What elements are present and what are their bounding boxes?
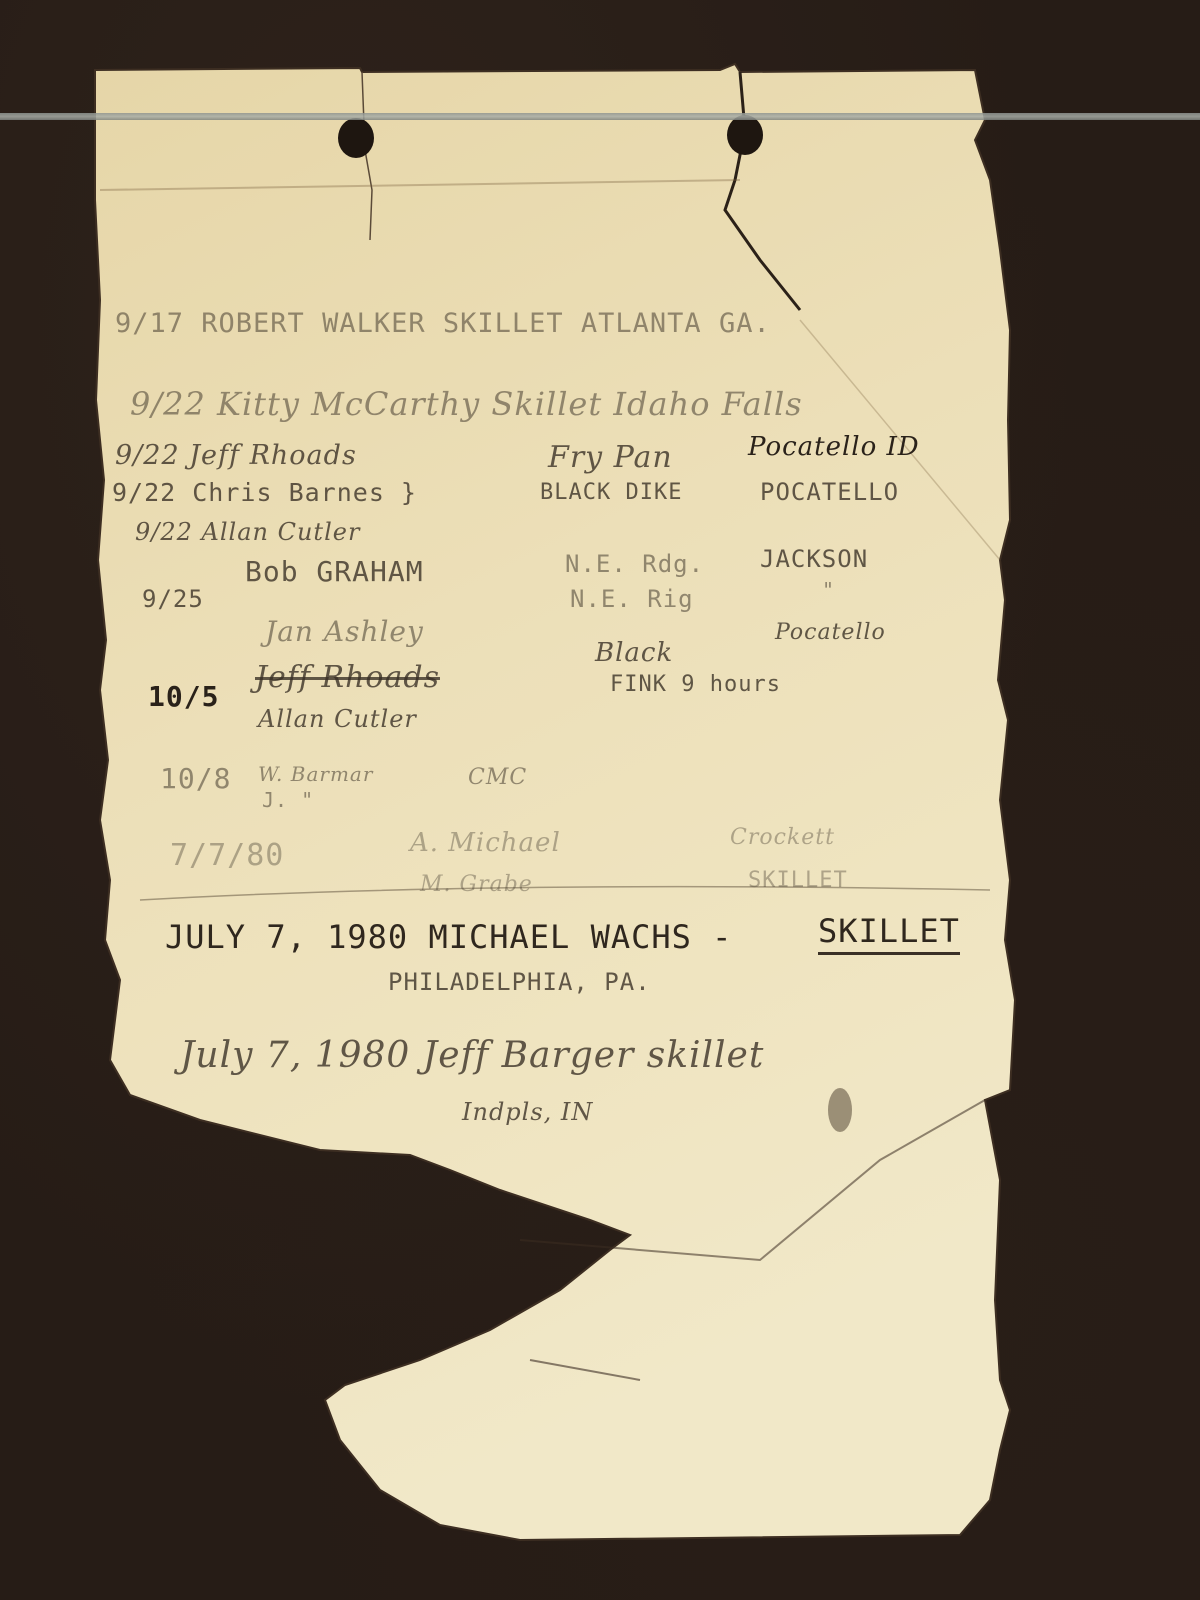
entry-10-5-item: FINK 9 hours: [610, 672, 781, 697]
entry-grabe-item: SKILLET: [748, 868, 848, 893]
entry-9-22-barnes-place: POCATELLO: [760, 478, 899, 506]
entry-9-17-walker: 9/17 ROBERT WALKER SKILLET ATLANTA GA.: [115, 308, 771, 339]
entry-10-8-date: 10/8: [160, 762, 231, 795]
entry-10-8-name: W. Barmar: [258, 762, 373, 786]
entry-10-5-name: Jeff Rhoads: [255, 660, 440, 695]
punch-hole-left: [338, 118, 374, 158]
entry-ashley-item: N.E. Rig: [570, 585, 694, 613]
entry-9-25-graham-name: Bob GRAHAM: [245, 555, 424, 588]
entry-9-25-graham-date: 9/25: [142, 585, 204, 613]
torn-paper-sheet: 9/17 ROBERT WALKER SKILLET ATLANTA GA. 9…: [0, 0, 1200, 1600]
entry-july-7-1980-wachs: JULY 7, 1980 MICHAEL WACHS -: [165, 918, 732, 956]
entry-black-item: Black: [595, 638, 673, 668]
entry-barger-place: Indpls, IN: [462, 1098, 593, 1126]
entry-9-22-rhoads-name: 9/22 Jeff Rhoads: [115, 440, 357, 471]
entry-9-22-cutler: 9/22 Allan Cutler: [135, 518, 360, 546]
entry-9-22-rhoads-item: Fry Pan: [548, 440, 673, 475]
entry-10-5-date: 10/5: [148, 680, 219, 713]
paper-shape: [0, 0, 1200, 1600]
entry-wachs-item: SKILLET: [818, 912, 960, 955]
entry-july-7-1980-barger: July 7, 1980 Jeff Barger skillet: [180, 1035, 764, 1076]
entry-10-8-second: J. ": [262, 788, 314, 812]
entry-wachs-place: PHILADELPHIA, PA.: [388, 968, 651, 996]
entry-7-7-80-item: Crockett: [730, 825, 835, 850]
entry-9-22-mccarthy: 9/22 Kitty McCarthy Skillet Idaho Falls: [130, 385, 803, 423]
entry-ashley-name: Jan Ashley: [265, 615, 424, 648]
entry-9-25-graham-place: JACKSON: [760, 545, 868, 573]
entry-9-22-barnes-item: BLACK DIKE: [540, 480, 682, 505]
entry-9-22-rhoads-place: Pocatello ID: [748, 432, 920, 462]
entry-7-7-80-name: A. Michael: [410, 828, 561, 858]
entry-9-25-graham-item: N.E. Rdg.: [565, 550, 704, 578]
entry-ashley-place: ": [822, 578, 835, 602]
entry-10-5-cutler: Allan Cutler: [258, 705, 417, 733]
entry-9-22-barnes-name: 9/22 Chris Barnes }: [112, 478, 417, 507]
entry-10-8-item: CMC: [468, 765, 527, 790]
punch-hole-right: [727, 115, 763, 155]
entry-7-7-80-date: 7/7/80: [170, 838, 284, 873]
hanging-wire: [0, 113, 1200, 120]
entry-black-place: Pocatello: [775, 620, 886, 645]
entry-grabe-name: M. Grabe: [420, 872, 533, 897]
